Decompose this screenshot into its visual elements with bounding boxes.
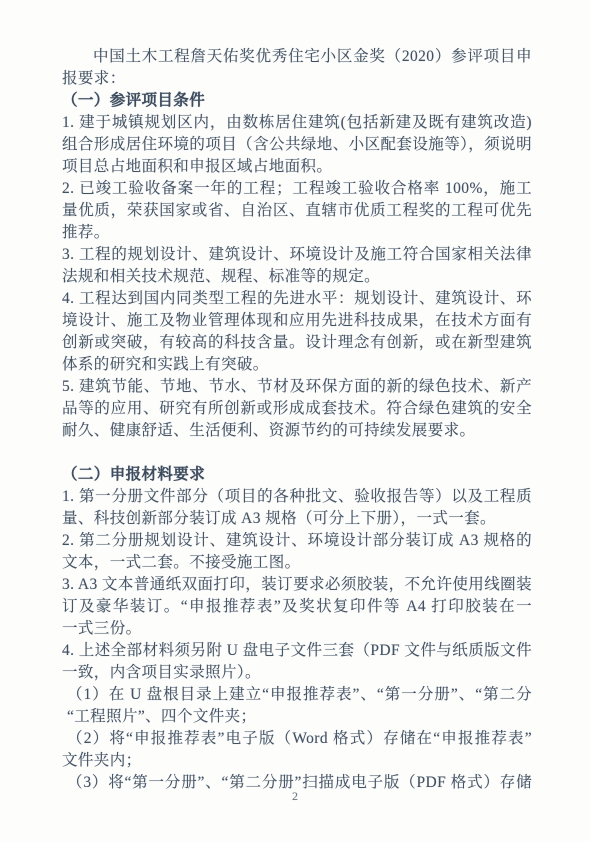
text-line: 组合形成居住环境的项目（含公共绿地、小区配套设施等），须说明 [62,134,532,156]
text-line: 4. 工程达到国内同类型工程的先进水平：规划设计、建筑设计、环 [62,288,532,310]
text-line: 推荐。 [62,222,532,244]
text-line: 3. A3 文本普通纸双面打印，装订要求必须胶装，不允许使用线圈装 [62,574,532,596]
text-line: 量、科技创新部分装订成 A3 规格（可分上下册），一式一套。 [62,508,532,530]
text-line: 体系的研究和实践上有突破。 [62,354,532,376]
text-line: 创新或突破，有较高的科技含量。设计理念有创新，或在新型建筑 [62,332,532,354]
text-line: “工程照片”、四个文件夹； [62,706,532,728]
text-line: 1. 第一分册文件部分（项目的各种批文、验收报告等）以及工程质 [62,486,532,508]
text-line: （1）在 U 盘根目录上建立“申报推荐表”、“第一分册”、“第二分册”、 [62,684,532,706]
text-line: 订及豪华装订。“申报推荐表”及奖状复印件等 A4 打印胶装在一起， [62,596,532,618]
text-line: 文本，一式二套。不接受施工图。 [62,552,532,574]
text-line: 项目总占地面积和申报区域占地面积。 [62,156,532,178]
text-line: 1. 建于城镇规划区内，由数栋居住建筑(包括新建及既有建筑改造) [62,112,532,134]
text-line: （2）将“申报推荐表”电子版（Word 格式）存储在“申报推荐表” [62,728,532,750]
blank-line [62,442,532,464]
text-line: 2. 第二分册规划设计、建筑设计、环境设计部分装订成 A3 规格的 [62,530,532,552]
section-heading: （一）参评项目条件 [62,90,532,112]
page-number: 2 [0,789,590,804]
text-line: 文件夹内； [62,750,532,772]
text-line: 4. 上述全部材料须另附 U 盘电子文件三套（PDF 文件与纸质版文件 [62,640,532,662]
document-body: 中国土木工程詹天佑奖优秀住宅小区金奖（2020）参评项目申报要求：（一）参评项目… [62,46,532,794]
text-line: 品等的应用、研究有所创新或形成成套技术。符合绿色建筑的安全 [62,398,532,420]
text-line: 量优质，荣获国家或省、自治区、直辖市优质工程奖的工程可优先 [62,200,532,222]
text-line: 一式三份。 [62,618,532,640]
text-line: 2. 已竣工验收备案一年的工程；工程竣工验收合格率 100%，施工质 [62,178,532,200]
text-line: 3. 工程的规划设计、建筑设计、环境设计及施工符合国家相关法律 [62,244,532,266]
text-line: 中国土木工程詹天佑奖优秀住宅小区金奖（2020）参评项目申 [62,46,532,68]
text-line: 耐久、健康舒适、生活便利、资源节约的可持续发展要求。 [62,420,532,442]
text-line: 一致，内含项目实录照片）。 [62,662,532,684]
text-line: 境设计、施工及物业管理体现和应用先进科技成果，在技术方面有 [62,310,532,332]
document-page: 中国土木工程詹天佑奖优秀住宅小区金奖（2020）参评项目申报要求：（一）参评项目… [0,0,590,842]
text-line: 法规和相关技术规范、规程、标准等的规定。 [62,266,532,288]
section-heading: （二）申报材料要求 [62,464,532,486]
text-line: 报要求： [62,68,532,90]
text-line: 5. 建筑节能、节地、节水、节材及环保方面的新的绿色技术、新产 [62,376,532,398]
